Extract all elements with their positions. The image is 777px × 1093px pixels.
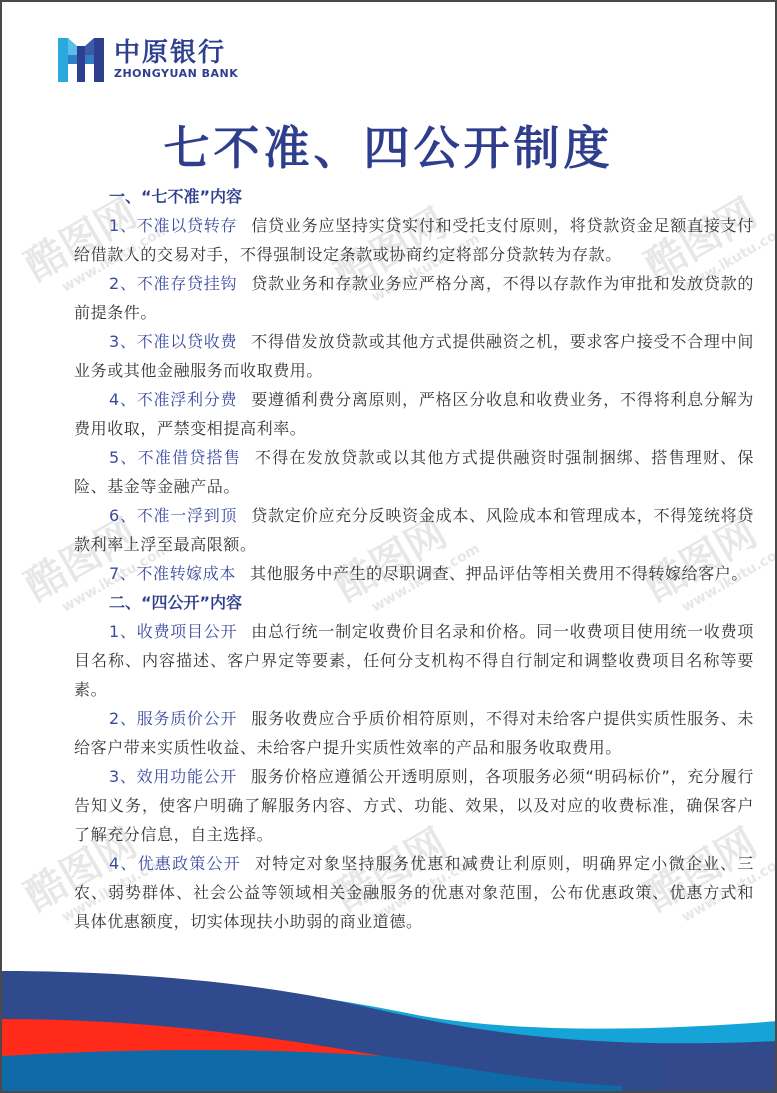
- list-item: 1、收费项目公开由总行统一制定收费价目名录和价格。同一收费项目使用统一收费项目名…: [74, 617, 754, 704]
- item-label: 5、不准借贷搭售: [109, 448, 241, 467]
- section-seven-prohibitions: 一、“七不准”内容 1、不准以贷转存信贷业务应坚持实贷实付和受托支付原则，将贷款…: [74, 182, 754, 588]
- list-item: 2、不准存贷挂钩贷款业务和存款业务应严格分离，不得以存款作为审批和发放贷款的前提…: [74, 269, 754, 327]
- item-label: 3、效用功能公开: [109, 767, 237, 786]
- item-label: 4、不准浮利分费: [109, 390, 237, 409]
- list-item: 3、不准以贷收费不得借发放贷款或其他方式提供融资之机，要求客户接受不合理中间业务…: [74, 327, 754, 385]
- page-title: 七不准、四公开制度: [2, 112, 775, 178]
- list-item: 4、优惠政策公开对特定对象坚持服务优惠和减费让利原则，明确界定小微企业、三农、弱…: [74, 849, 754, 936]
- list-item: 4、不准浮利分费要遵循利费分离原则，严格区分收息和收费业务，不得将利息分解为费用…: [74, 385, 754, 443]
- list-item: 2、服务质价公开服务收费应合乎质价相符原则，不得对未给客户提供实质性服务、未给客…: [74, 704, 754, 762]
- item-label: 6、不准一浮到顶: [109, 506, 237, 525]
- bank-name-en: ZHONGYUAN BANK: [114, 67, 238, 81]
- item-label: 1、不准以贷转存: [109, 216, 237, 235]
- item-text: 其他服务中产生的尽职调查、押品评估等相关费用不得转嫁给客户。: [250, 564, 748, 583]
- footer-wave-decoration: [2, 961, 777, 1091]
- item-label: 7、不准转嫁成本: [109, 564, 236, 583]
- document-body: 一、“七不准”内容 1、不准以贷转存信贷业务应坚持实贷实付和受托支付原则，将贷款…: [74, 182, 754, 936]
- list-item: 7、不准转嫁成本其他服务中产生的尽职调查、押品评估等相关费用不得转嫁给客户。: [74, 559, 754, 588]
- list-item: 1、不准以贷转存信贷业务应坚持实贷实付和受托支付原则，将贷款资金足额直接支付给借…: [74, 211, 754, 269]
- section-heading: 二、“四公开”内容: [74, 588, 754, 617]
- list-item: 5、不准借贷搭售不得在发放贷款或以其他方式提供融资时强制捆绑、搭售理财、保险、基…: [74, 443, 754, 501]
- item-label: 2、服务质价公开: [109, 709, 237, 728]
- item-label: 3、不准以贷收费: [109, 332, 237, 351]
- item-label: 4、优惠政策公开: [109, 854, 241, 873]
- section-four-disclosures: 二、“四公开”内容 1、收费项目公开由总行统一制定收费价目名录和价格。同一收费项…: [74, 588, 754, 936]
- list-item: 6、不准一浮到顶贷款定价应充分反映资金成本、风险成本和管理成本，不得笼统将贷款利…: [74, 501, 754, 559]
- bank-logo: 中原银行 ZHONGYUAN BANK: [58, 38, 238, 82]
- bank-name-cn: 中原银行: [114, 39, 238, 67]
- zhongyuan-bank-logo-icon: [58, 38, 104, 82]
- item-label: 1、收费项目公开: [109, 622, 237, 641]
- item-label: 2、不准存贷挂钩: [109, 274, 237, 293]
- section-heading: 一、“七不准”内容: [74, 182, 754, 211]
- list-item: 3、效用功能公开服务价格应遵循公开透明原则，各项服务必须“明码标价”，充分履行告…: [74, 762, 754, 849]
